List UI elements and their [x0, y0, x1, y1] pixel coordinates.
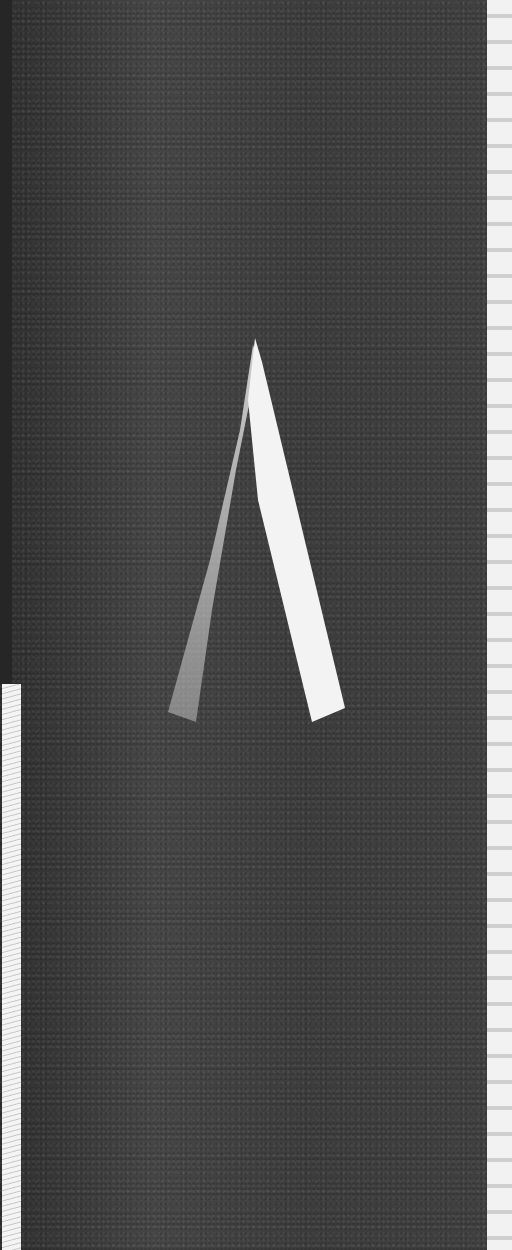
- arrow-marking: [0, 0, 512, 1250]
